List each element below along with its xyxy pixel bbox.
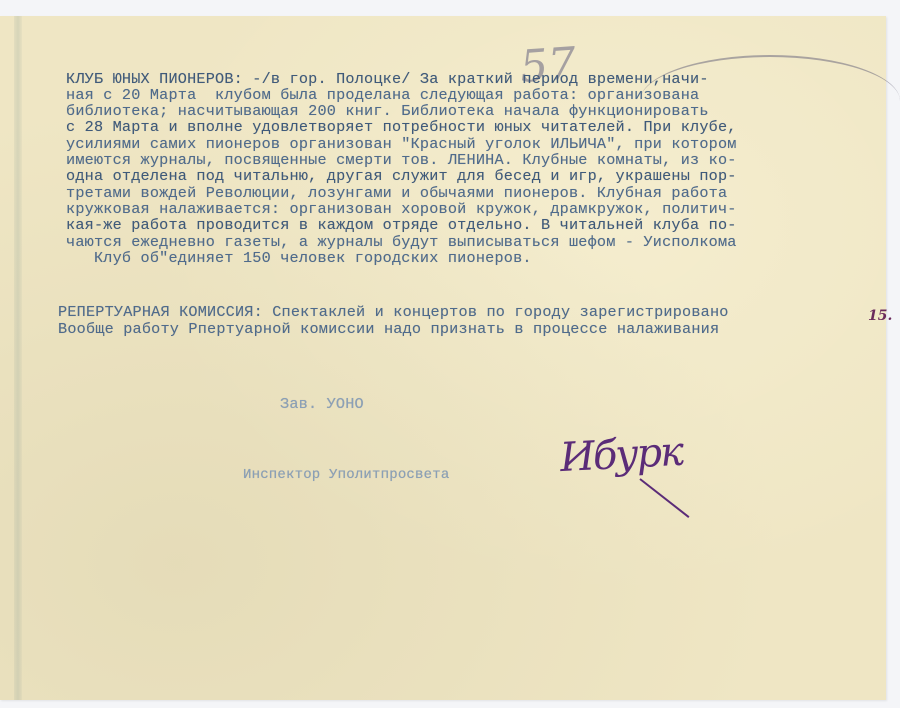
club-line-2: ная с 20 Марта клубом была проделана сле… xyxy=(66,88,699,103)
paper-stain xyxy=(14,16,22,700)
club-line-12: Клуб об"единяет 150 человек городских пи… xyxy=(66,251,532,266)
inspector-signature: Ибурк xyxy=(559,429,683,481)
club-line-6: имеются журналы, посвященные смерти тов.… xyxy=(66,153,737,168)
club-line-11: чаются ежедневно газеты, а журналы будут… xyxy=(66,235,737,250)
club-line-9: кружковая налаживается: организован хоро… xyxy=(66,202,737,217)
club-line-10: кая-же работа проводится в каждом отряде… xyxy=(66,218,737,233)
handwritten-count: 15. xyxy=(868,308,892,324)
club-line-1: КЛУБ ЮНЫХ ПИОНЕРОВ: -/в гор. Полоцке/ За… xyxy=(66,72,709,87)
club-line-8: третами вождей Революции, лозунгами и об… xyxy=(66,186,727,201)
club-line-3: библиотека; насчитывающая 200 книг. Библ… xyxy=(66,104,709,119)
repertoire-line-1: РЕПЕРТУАРНАЯ КОМИССИЯ: Спектаклей и конц… xyxy=(58,305,729,320)
head-title: Зав. УОНО xyxy=(280,397,364,412)
club-line-4: с 28 Марта и вполне удовлетворяет потреб… xyxy=(66,120,737,135)
inspector-title: Инспектор Уполитпросвета xyxy=(243,468,449,482)
club-line-5: усилиями самих пионеров организован "Кра… xyxy=(66,137,737,152)
repertoire-line-2: Вообще работу Рпертуарной комиссии надо … xyxy=(58,322,719,337)
club-line-7: одна отделена под читальню, другая служи… xyxy=(66,169,737,184)
